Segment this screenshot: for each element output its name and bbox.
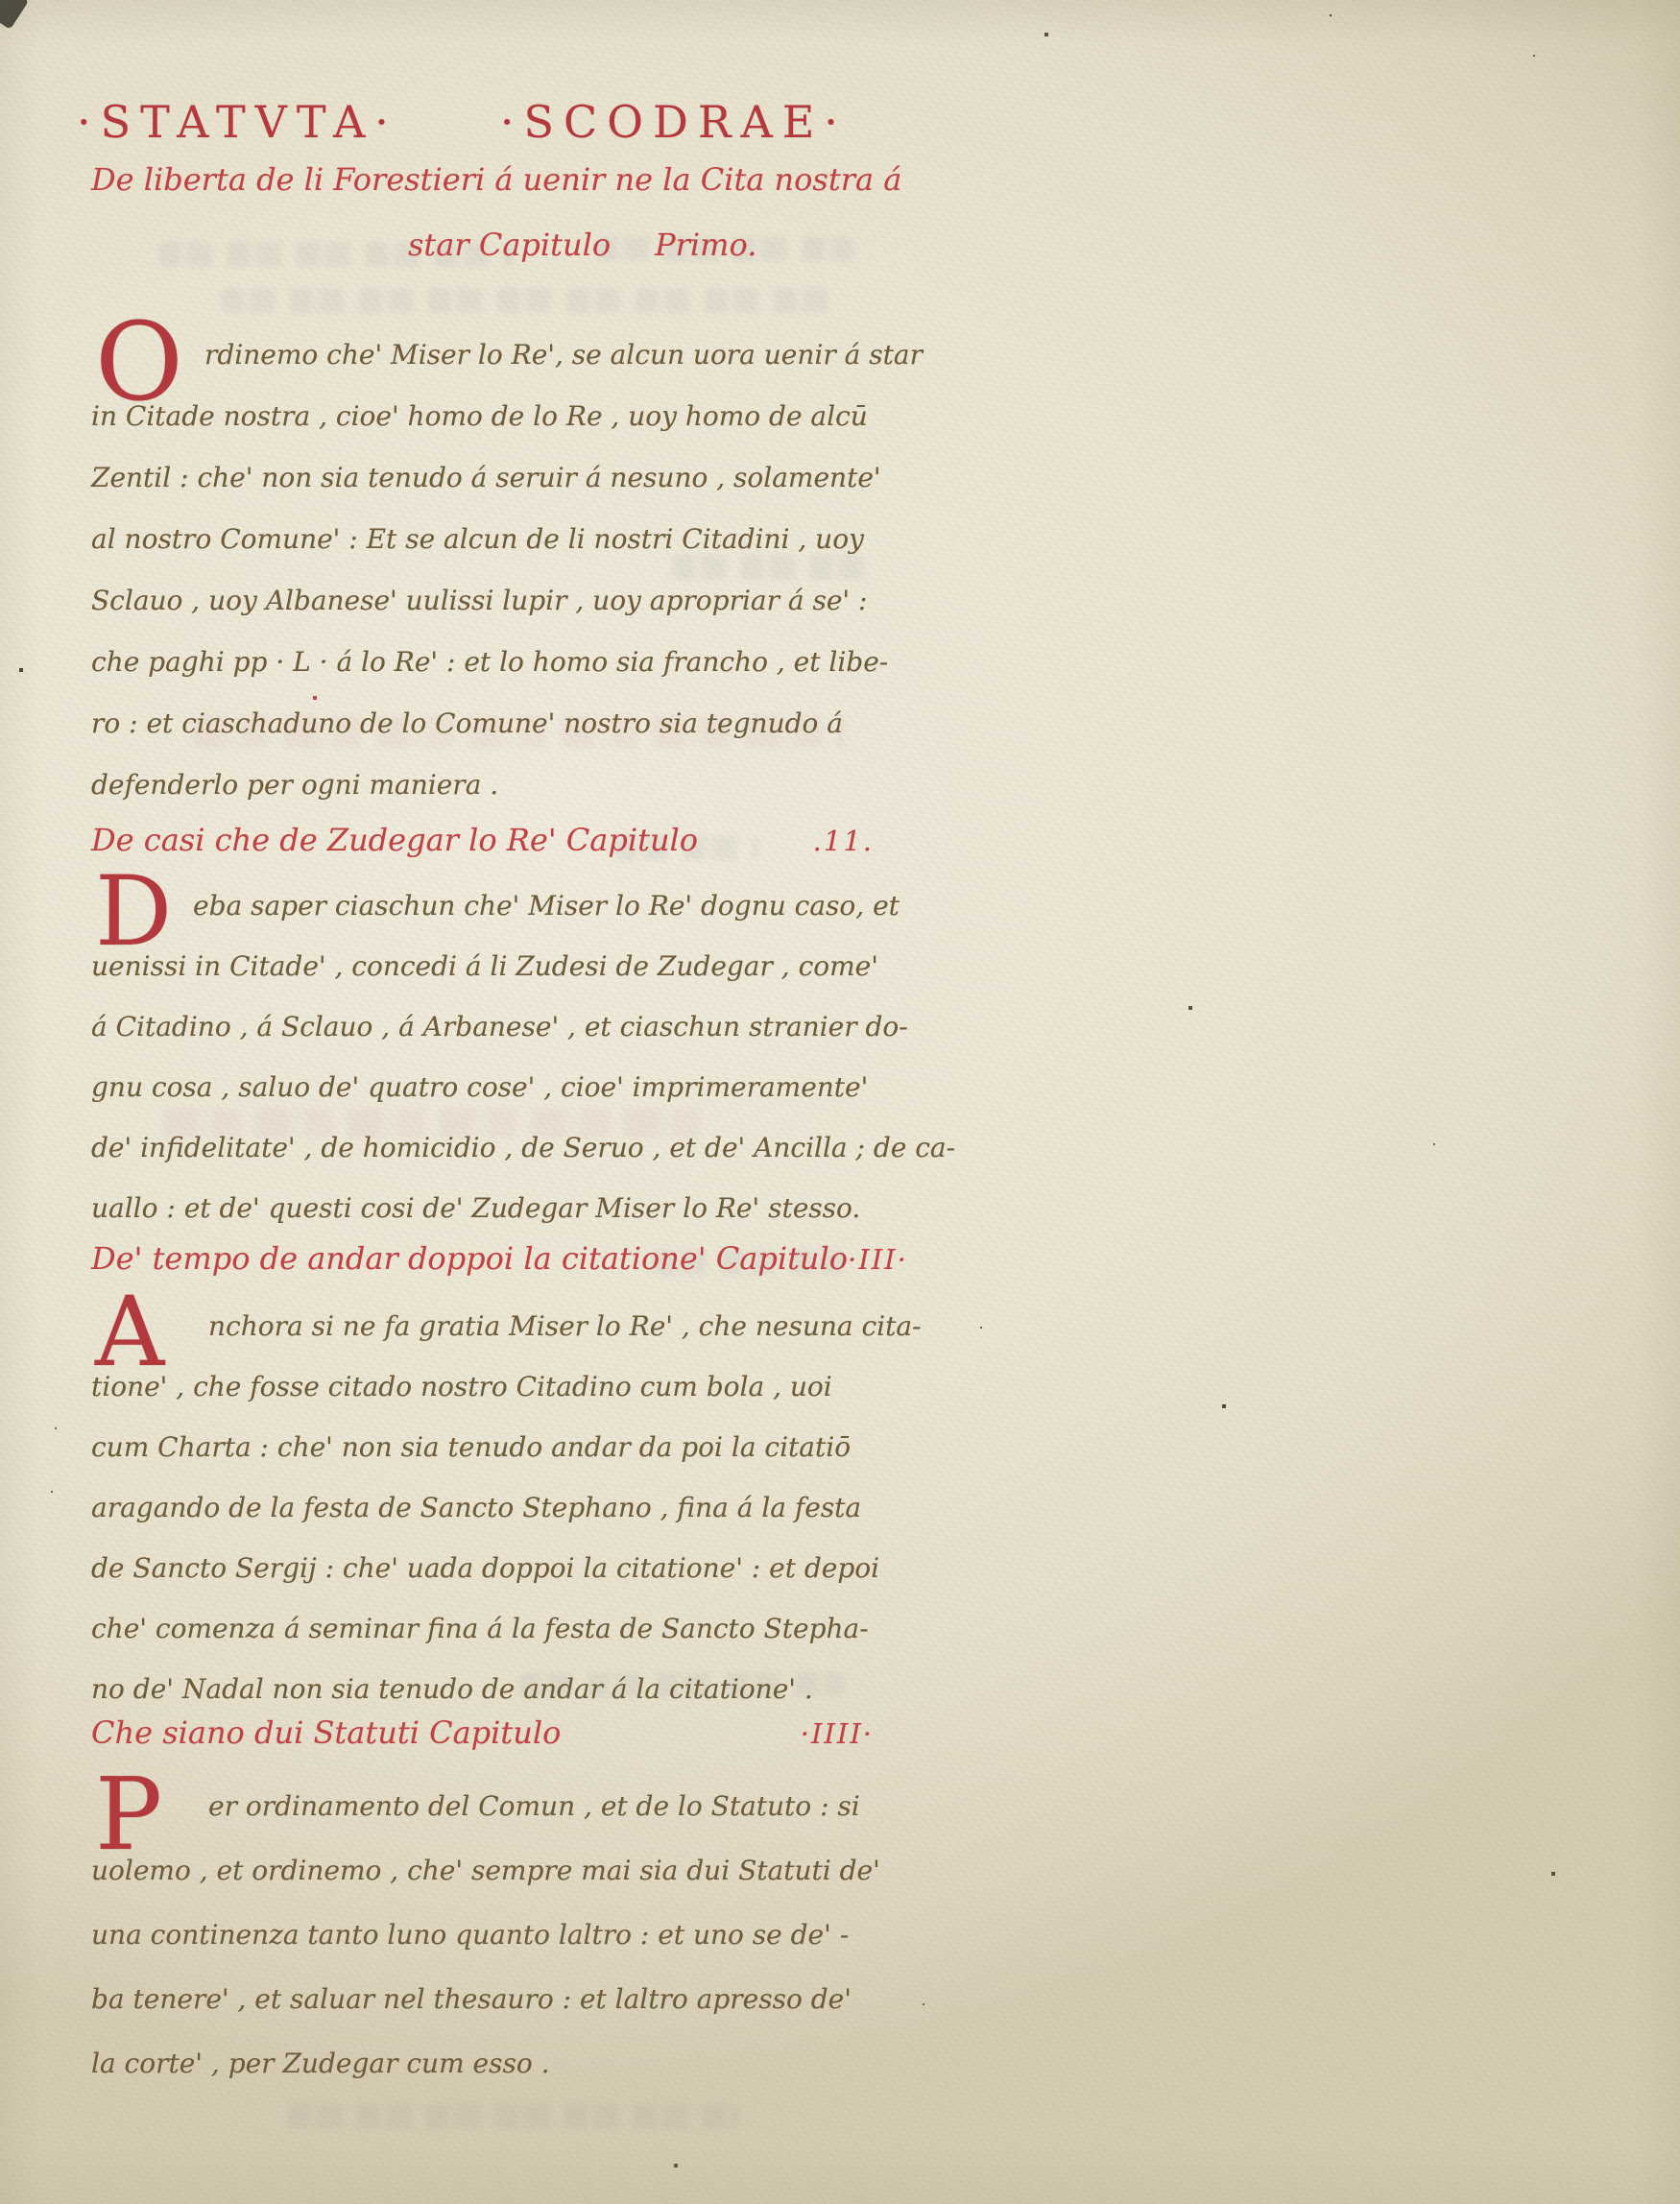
chapter-2-heading: De casi che de Zudegar lo Re' Capitulo .… bbox=[91, 822, 874, 858]
text-line: cum Charta : che' non sia tenudo andar d… bbox=[91, 1417, 917, 1477]
chapter-1-number: Primo. bbox=[655, 227, 756, 263]
chapter-1-heading-line2: star Capitulo Primo. bbox=[91, 227, 874, 263]
chapter-1-heading-capitulo: star Capitulo bbox=[408, 227, 611, 263]
text-line: tione' , che fosse citado nostro Citadin… bbox=[91, 1356, 917, 1417]
chapter-1-heading-line1: De liberta de li Forestieri á uenir ne l… bbox=[91, 161, 874, 198]
drop-cap-initial: P bbox=[95, 1764, 162, 1864]
manuscript-page: ·STATVTA· ·SCODRAE· De liberta de li For… bbox=[0, 0, 1680, 2204]
text-line: á Citadino , á Sclauo , á Arbanese' , et… bbox=[91, 996, 917, 1057]
text-line: rdinemo che' Miser lo Re', se alcun uora… bbox=[91, 324, 917, 386]
text-line: uolemo , et ordinemo , che' sempre mai s… bbox=[91, 1838, 917, 1903]
chapter-3-number: ·III· bbox=[848, 1243, 908, 1276]
text-line: una continenza tanto luno quanto laltro … bbox=[91, 1903, 917, 1967]
text-line: er ordinamento del Comun , et de lo Stat… bbox=[91, 1774, 917, 1838]
text-line: Zentil : che' non sia tenudo á seruir á … bbox=[91, 447, 917, 509]
text-line: che' comenza á seminar fina á la festa d… bbox=[91, 1598, 917, 1659]
title-word-statuta: ·STATVTA· bbox=[77, 96, 398, 148]
chapter-3-heading-text: De' tempo de andar doppoi la citatione' … bbox=[91, 1240, 848, 1277]
text-line: no de' Nadal non sia tenudo de andar á l… bbox=[91, 1659, 917, 1719]
bleed-through-ghost bbox=[288, 2104, 739, 2129]
text-line: che paghi pp · L · á lo Re' : et lo homo… bbox=[91, 632, 917, 693]
text-line: la corte' , per Zudegar cum esso . bbox=[91, 2031, 917, 2096]
chapter-4-number: ·IIII· bbox=[801, 1717, 874, 1750]
text-line: de Sancto Sergij : che' uada doppoi la c… bbox=[91, 1538, 917, 1598]
chapter-4-heading: Che siano dui Statuti Capitulo ·IIII· bbox=[91, 1714, 874, 1751]
text-line: ro : et ciaschaduno de lo Comune' nostro… bbox=[91, 693, 917, 755]
text-line: ba tenere' , et saluar nel thesauro : et… bbox=[91, 1967, 917, 2031]
text-line: uallo : et de' questi cosi de' Zudegar M… bbox=[91, 1178, 917, 1238]
drop-cap-initial: O bbox=[95, 309, 183, 417]
text-line: defenderlo per ogni maniera . bbox=[91, 755, 917, 816]
bleed-through-ghost bbox=[221, 288, 835, 313]
chapter-2-number: .11. bbox=[813, 825, 874, 857]
text-line: uenissi in Citade' , concedi á li Zudesi… bbox=[91, 936, 917, 996]
title-word-scodrae: ·SCODRAE· bbox=[500, 96, 848, 148]
text-line: gnu cosa , saluo de' quatro cose' , cioe… bbox=[91, 1057, 917, 1117]
drop-cap-initial: D bbox=[95, 864, 172, 960]
text-line: nchora si ne fa gratia Miser lo Re' , ch… bbox=[91, 1296, 917, 1356]
text-line: Sclauo , uoy Albanese' uulissi lupir , u… bbox=[91, 570, 917, 632]
page-corner-mark bbox=[0, 0, 29, 30]
text-line: in Citade nostra , cioe' homo de lo Re ,… bbox=[91, 386, 917, 447]
chapter-3-text: A nchora si ne fa gratia Miser lo Re' , … bbox=[91, 1296, 917, 1719]
text-line: aragando de la festa de Sancto Stephano … bbox=[91, 1477, 917, 1538]
page-title: ·STATVTA· ·SCODRAE· bbox=[77, 96, 848, 148]
drop-cap-initial: A bbox=[95, 1284, 164, 1380]
text-line: eba saper ciaschun che' Miser lo Re' dog… bbox=[91, 875, 917, 936]
chapter-3-heading: De' tempo de andar doppoi la citatione' … bbox=[91, 1240, 874, 1277]
chapter-1-text: O rdinemo che' Miser lo Re', se alcun uo… bbox=[91, 324, 917, 816]
chapter-4-text: P er ordinamento del Comun , et de lo St… bbox=[91, 1774, 917, 2096]
chapter-4-heading-text: Che siano dui Statuti Capitulo bbox=[91, 1714, 561, 1751]
text-line: de' infidelitate' , de homicidio , de Se… bbox=[91, 1117, 917, 1178]
chapter-2-text: D eba saper ciaschun che' Miser lo Re' d… bbox=[91, 875, 917, 1238]
chapter-2-heading-text: De casi che de Zudegar lo Re' Capitulo bbox=[91, 822, 698, 858]
text-line: al nostro Comune' : Et se alcun de li no… bbox=[91, 509, 917, 570]
